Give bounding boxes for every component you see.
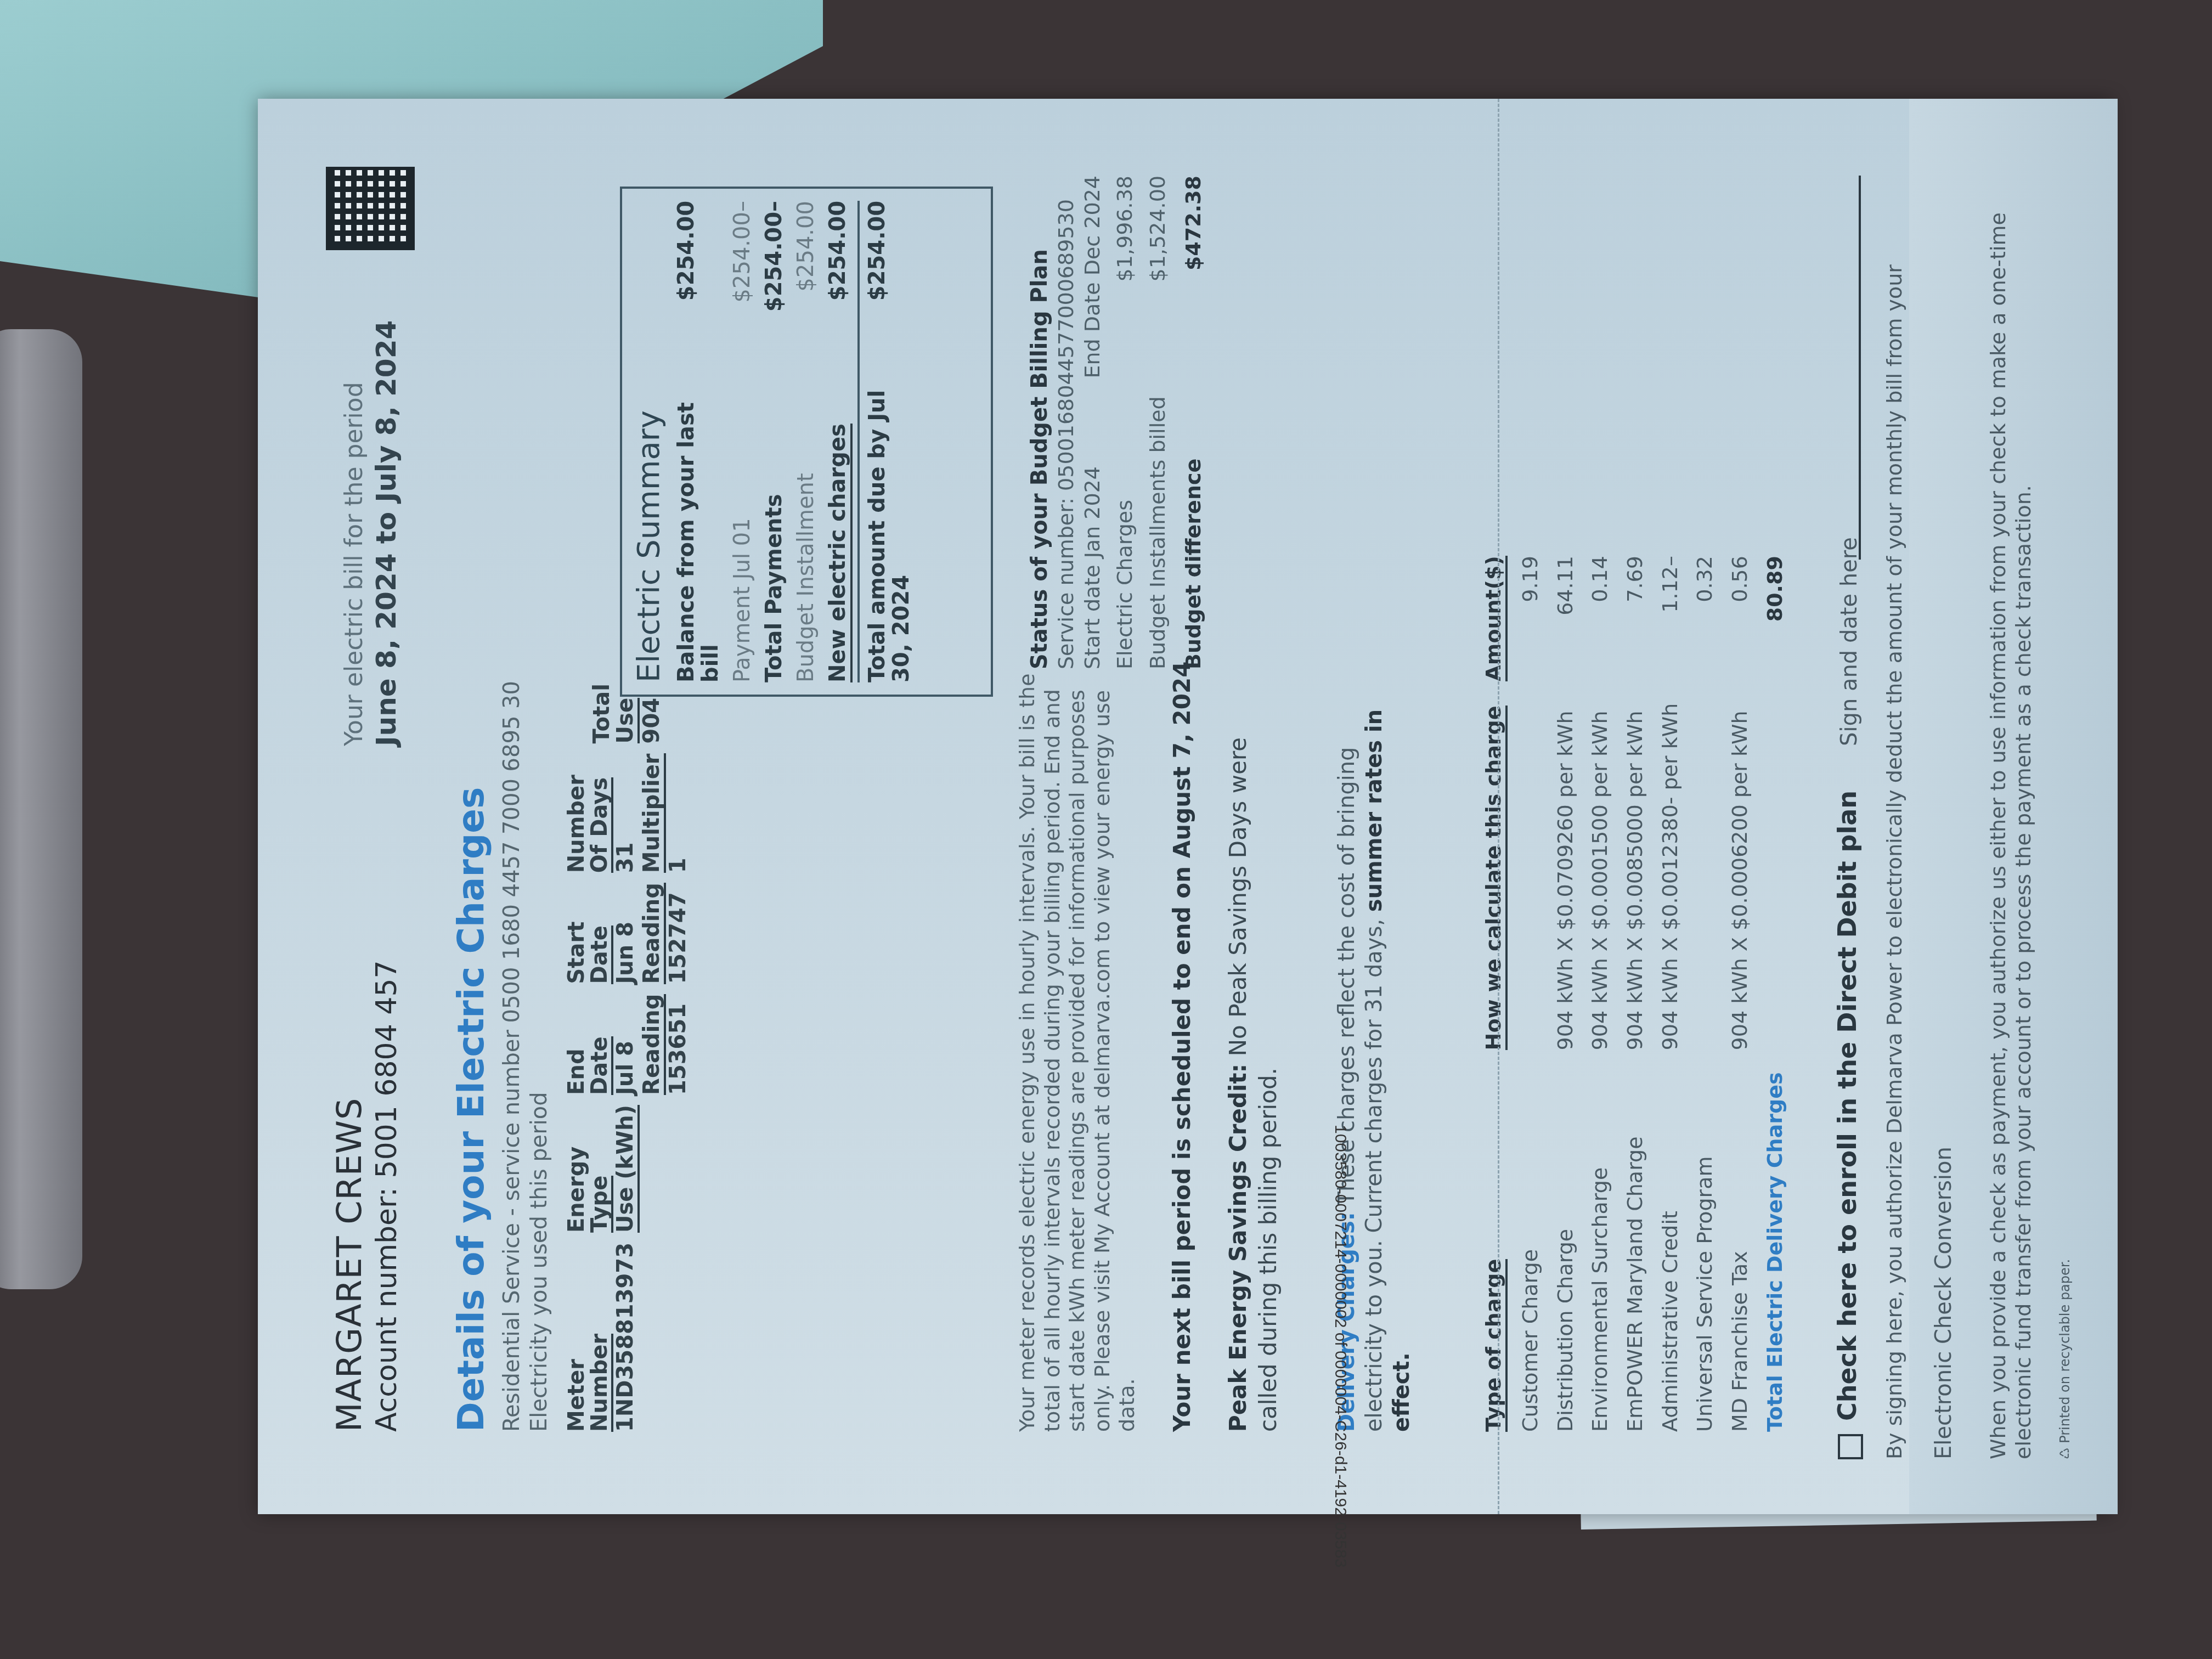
ecc-flap-wrapper: Electronic Check Conversion When you pro… bbox=[1909, 99, 2118, 1514]
budget-row-electric: Electric Charges$1,996.38 bbox=[1112, 176, 1138, 669]
charge-type: MD Franchise Tax bbox=[1723, 1050, 1758, 1432]
charge-amount: 1.12– bbox=[1653, 556, 1688, 681]
used-line: Electricity you used this period bbox=[527, 1092, 552, 1432]
ecc-flap: Electronic Check Conversion When you pro… bbox=[1909, 99, 2118, 1514]
summary-row-payment: Payment Jul 01$254.00– bbox=[730, 201, 754, 682]
start-date: Jun 8 bbox=[613, 873, 640, 984]
summary-row-budget-installment: Budget Installment$254.00 bbox=[794, 201, 818, 682]
billing-period-label: Your electric bill for the period bbox=[340, 382, 368, 746]
charge-row: Environmental Surcharge904 kWh X $0.0001… bbox=[1583, 556, 1618, 1432]
charge-calc: 904 kWh X $0.0085000 per kWh bbox=[1618, 681, 1653, 1051]
summary-row-new-charges: New electric charges$254.00 bbox=[826, 201, 850, 682]
col-type: Type of charge bbox=[1481, 1050, 1513, 1432]
budget-service-number: Service number: 050016804457700068953​0 bbox=[1053, 176, 1080, 669]
summary-row-total-payments: Total Payments$254.00– bbox=[762, 201, 786, 682]
charge-type: Distribution Charge bbox=[1548, 1050, 1583, 1432]
charge-type: Customer Charge bbox=[1513, 1050, 1548, 1432]
col-calc: How we calculate this charge bbox=[1481, 681, 1513, 1051]
charge-amount: 9.19 bbox=[1513, 556, 1548, 681]
qr-code-icon bbox=[329, 170, 411, 247]
charge-calc: 904 kWh X $0.0006200 per kWh bbox=[1723, 681, 1758, 1051]
total-delivery-label: Total Electric Delivery Charges bbox=[1758, 1050, 1793, 1432]
summary-row-total-due: Total amount due by Jul 30, 2024$254.00 bbox=[857, 201, 913, 682]
charge-row: Universal Service Program0.32 bbox=[1688, 556, 1723, 1432]
charge-row: Customer Charge9.19 bbox=[1513, 556, 1548, 1432]
summary-title: Electric Summary bbox=[631, 201, 667, 682]
energy-type-value: Use (kWh) bbox=[613, 1105, 640, 1233]
budget-row-difference: Budget difference$472.38 bbox=[1181, 176, 1207, 669]
budget-row-installments: Budget Installments billed$1,524.00 bbox=[1145, 176, 1171, 669]
meter-note: Your meter records electric energy use i… bbox=[1015, 664, 1140, 1432]
document-id: 1003580-0007214-0000002 of 0000004-C26-d… bbox=[1331, 1125, 1350, 1567]
total-col-header: Total bbox=[565, 674, 613, 743]
meter-row-1: 1ND358813973 Use (kWh) Jul 8 Jun 8 31 Us… bbox=[613, 674, 640, 1432]
peak-savings-note: Peak Energy Savings Credit: No Peak Savi… bbox=[1223, 664, 1283, 1432]
bill-page-wrapper: MARGARET CREWS Account number: 5001 6804… bbox=[258, 99, 2112, 1514]
charge-type: Universal Service Program bbox=[1688, 1050, 1723, 1432]
multiplier-label: Multiplier bbox=[640, 753, 666, 873]
charge-row: Administrative Credit904 kWh X $0.001238… bbox=[1653, 556, 1688, 1432]
charge-row: EmPOWER Maryland Charge904 kWh X $0.0085… bbox=[1618, 556, 1653, 1432]
start-reading-label: Reading bbox=[640, 883, 666, 984]
charge-amount: 0.14 bbox=[1583, 556, 1618, 681]
bill-page: MARGARET CREWS Account number: 5001 6804… bbox=[258, 99, 2112, 1514]
charge-row: Distribution Charge904 kWh X $0.0709260 … bbox=[1548, 556, 1583, 1432]
meter-row-3: 153651 152747 1 bbox=[666, 674, 690, 1432]
charge-calc bbox=[1688, 681, 1723, 1051]
meter-row-2: Reading Reading Multiplier 904 bbox=[640, 674, 666, 1432]
charge-calc bbox=[1513, 681, 1548, 1051]
details-title: Details of your Electric Charges bbox=[450, 787, 492, 1432]
charge-row: MD Franchise Tax904 kWh X $0.0006200 per… bbox=[1723, 556, 1758, 1432]
total-delivery-amount: 80.89 bbox=[1758, 556, 1793, 681]
service-line: Residential Service - service number 050… bbox=[499, 681, 524, 1432]
total-delivery-row: Total Electric Delivery Charges 80.89 bbox=[1758, 556, 1793, 1432]
charge-type: EmPOWER Maryland Charge bbox=[1618, 1050, 1653, 1432]
start-reading: 152747 bbox=[666, 873, 690, 984]
ecc-title: Electronic Check Conversion bbox=[1931, 1147, 1956, 1459]
charge-calc: 904 kWh X $0.0709260 per kWh bbox=[1548, 681, 1583, 1051]
recycle-icon: ♺ bbox=[2057, 1443, 2073, 1459]
direct-debit-label: Check here to enroll in the Direct Debit… bbox=[1832, 791, 1862, 1421]
summary-row-balance: Balance from your last bill$254.00 bbox=[674, 201, 723, 682]
charge-calc: 904 kWh X $0.0012380- per kWh bbox=[1653, 681, 1688, 1051]
energy-col-header: EnergyType bbox=[565, 1095, 613, 1233]
charge-amount: 0.32 bbox=[1688, 556, 1723, 681]
sign-date-label: Sign and date here bbox=[1837, 537, 1862, 746]
charge-type: Administrative Credit bbox=[1653, 1050, 1688, 1432]
charge-type: Environmental Surcharge bbox=[1583, 1050, 1618, 1432]
signature-field[interactable] bbox=[1859, 176, 1861, 560]
end-date: Jul 8 bbox=[613, 984, 640, 1095]
meter-number: 1ND358813973 bbox=[613, 1233, 640, 1432]
budget-title: Status of your Budget Billing Plan bbox=[1026, 176, 1053, 669]
customer-name: MARGARET CREWS bbox=[329, 1098, 369, 1432]
budget-dates: Start date Jan 2024End Date Dec 2024 bbox=[1080, 176, 1106, 669]
next-bill-notice: Your next bill period is scheduled to en… bbox=[1169, 662, 1195, 1432]
days-col-header: NumberOf Days bbox=[565, 743, 613, 873]
perforation-line bbox=[1498, 99, 1499, 1514]
number-of-days: 31 bbox=[613, 743, 640, 873]
billing-period-range: June 8, 2024 to July 8, 2024 bbox=[370, 320, 402, 746]
charge-amount: 0.56 bbox=[1723, 556, 1758, 681]
start-col-header: StartDate bbox=[565, 873, 613, 984]
end-reading: 153651 bbox=[666, 984, 690, 1095]
total-use-label: Use bbox=[613, 698, 640, 743]
col-amount: Amount($) bbox=[1481, 556, 1513, 681]
electric-summary-box: Electric Summary Balance from your last … bbox=[620, 187, 993, 697]
meter-col-header: MeterNumber bbox=[565, 1233, 613, 1432]
recycle-note: ♺ Printed on recyclable paper. bbox=[2057, 1259, 2073, 1459]
end-reading-label: Reading bbox=[640, 994, 666, 1095]
account-number: Account number: 5001 6804 457 bbox=[370, 960, 403, 1432]
charge-calc: 904 kWh X $0.0001500 per kWh bbox=[1583, 681, 1618, 1051]
charge-amount: 7.69 bbox=[1618, 556, 1653, 681]
direct-debit-checkbox[interactable] bbox=[1838, 1434, 1863, 1459]
meter-table: MeterNumber EnergyType EndDate StartDate… bbox=[565, 674, 690, 1432]
end-col-header: EndDate bbox=[565, 984, 613, 1095]
delivery-charges-table: Type of charge How we calculate this cha… bbox=[1481, 556, 1793, 1432]
budget-billing-plan: Status of your Budget Billing Plan Servi… bbox=[1026, 176, 1207, 669]
ecc-text: When you provide a check as payment, you… bbox=[1986, 198, 2036, 1459]
multiplier-value: 1 bbox=[666, 743, 690, 873]
charge-amount: 64.11 bbox=[1548, 556, 1583, 681]
phone-edge bbox=[0, 329, 82, 1289]
